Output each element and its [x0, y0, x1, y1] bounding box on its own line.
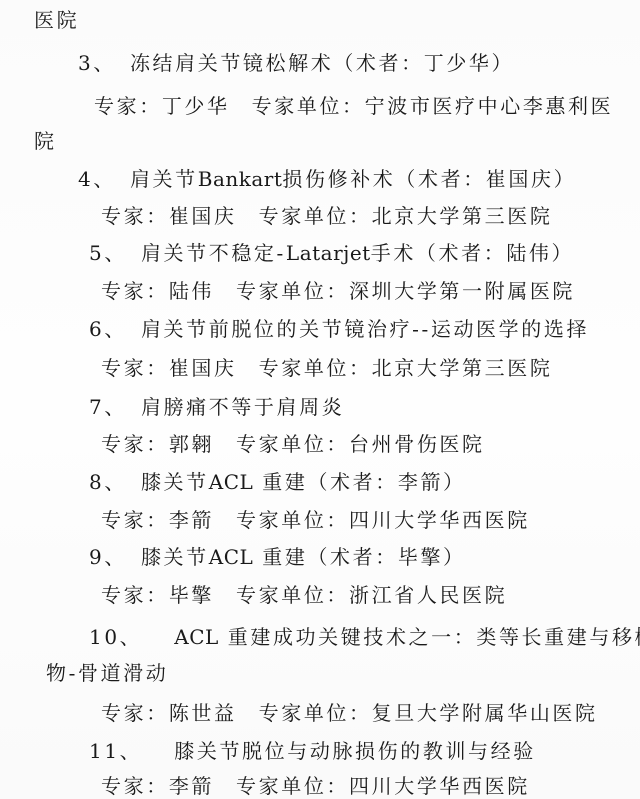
expert-line: 专家：崔国庆专家单位：北京大学第三医院: [101, 203, 552, 229]
expert-unit: 宁波市医疗中心李惠利医: [365, 94, 614, 118]
item-title-prefix: 肩关节不稳定-: [141, 241, 286, 265]
expert-unit: 四川大学华西医院: [349, 508, 530, 532]
item-title-suffix: 重建（术者：毕擎）: [262, 545, 465, 569]
expert-label: 专家：: [101, 508, 169, 532]
list-item-title: 5、肩关节不稳定-Latarjet手术（术者：陆伟）: [89, 240, 574, 266]
expert-label: 专家：: [101, 356, 169, 380]
expert-name: 崔国庆: [169, 356, 237, 380]
expert-name: 丁少华: [162, 94, 230, 118]
expert-unit: 四川大学华西医院: [349, 774, 530, 798]
unit-label: 专家单位：: [259, 701, 372, 725]
expert-line: 专家：郭翱专家单位：台州骨伤医院: [101, 431, 485, 457]
unit-label: 专家单位：: [236, 583, 349, 607]
expert-line: 专家：毕擎专家单位：浙江省人民医院: [101, 582, 507, 608]
document-page: 医院 3、冻结肩关节镜松解术（术者：丁少华） 专家：丁少华专家单位：宁波市医疗中…: [0, 0, 640, 799]
item-title-latin: ACL: [209, 470, 254, 494]
unit-label: 专家单位：: [236, 432, 349, 456]
expert-line: 专家：崔国庆专家单位：北京大学第三医院: [101, 355, 552, 381]
item-title-suffix: 重建（术者：李箭）: [262, 470, 465, 494]
unit-label: 专家单位：: [259, 356, 372, 380]
unit-label: 专家单位：: [252, 94, 365, 118]
item-title-latin: ACL: [174, 625, 219, 649]
expert-unit-wrap: 院: [34, 129, 57, 153]
item-number: 4、: [78, 166, 116, 192]
expert-unit: 浙江省人民医院: [349, 583, 507, 607]
list-item-title: 8、膝关节ACL 重建（术者：李箭）: [89, 469, 466, 495]
expert-label: 专家：: [101, 279, 169, 303]
expert-name: 郭翱: [169, 432, 214, 456]
expert-name: 崔国庆: [169, 204, 237, 228]
item-title-prefix: 肩关节: [130, 167, 198, 191]
expert-label: 专家：: [101, 774, 169, 798]
item-number: 5、: [89, 240, 127, 266]
expert-name: 李箭: [169, 774, 214, 798]
expert-line: 专家：丁少华专家单位：宁波市医疗中心李惠利医: [94, 93, 613, 119]
item-title: 肩关节前脱位的关节镜治疗--运动医学的选择: [141, 317, 589, 341]
list-item-title: 11、膝关节脱位与动脉损伤的教训与经验: [89, 738, 536, 764]
expert-label: 专家：: [101, 583, 169, 607]
list-item-title: 7、肩膀痛不等于肩周炎: [89, 394, 344, 420]
item-title: 膝关节脱位与动脉损伤的教训与经验: [174, 739, 536, 763]
continuation-text: 医院: [34, 7, 79, 33]
item-number: 9、: [89, 544, 127, 570]
list-item-title: 3、冻结肩关节镜松解术（术者：丁少华）: [78, 50, 514, 76]
expert-name: 陆伟: [169, 279, 214, 303]
item-number: 7、: [89, 394, 127, 420]
item-number: 8、: [89, 469, 127, 495]
item-number: 3、: [78, 50, 116, 76]
expert-unit: 深圳大学第一附属医院: [349, 279, 575, 303]
expert-line: 专家：李箭专家单位：四川大学华西医院: [101, 507, 530, 533]
item-number: 6、: [89, 316, 127, 342]
expert-line: 专家：陈世益专家单位：复旦大学附属华山医院: [101, 700, 598, 726]
expert-label: 专家：: [101, 432, 169, 456]
expert-unit: 复旦大学附属华山医院: [372, 701, 598, 725]
expert-line: 专家：陆伟专家单位：深圳大学第一附属医院: [101, 278, 575, 304]
list-item-title: 6、肩关节前脱位的关节镜治疗--运动医学的选择: [89, 316, 589, 342]
item-title: 重建成功关键技术之一：类等长重建与移植: [228, 625, 640, 649]
expert-label: 专家：: [94, 94, 162, 118]
continuation-hospital: 医院: [34, 8, 79, 32]
item-number: 11、: [89, 738, 142, 764]
list-item-title: 9、膝关节ACL 重建（术者：毕擎）: [89, 544, 466, 570]
list-item-title: 4、肩关节Bankart损伤修补术（术者：崔国庆）: [78, 166, 576, 192]
expert-name: 陈世益: [169, 701, 237, 725]
item-title-latin: Bankart: [198, 167, 283, 191]
unit-label: 专家单位：: [236, 279, 349, 303]
item-number: 10、: [89, 624, 142, 650]
list-item-title-continuation: 物-骨道滑动: [46, 660, 168, 686]
item-title-wrap: 物-骨道滑动: [46, 661, 168, 685]
item-title-latin: Latarjet: [286, 241, 371, 265]
list-item-title: 10、ACL 重建成功关键技术之一：类等长重建与移植: [89, 624, 640, 650]
item-title-prefix: 膝关节: [141, 470, 209, 494]
item-title-prefix: 膝关节: [141, 545, 209, 569]
expert-name: 毕擎: [169, 583, 214, 607]
unit-label: 专家单位：: [259, 204, 372, 228]
unit-label: 专家单位：: [236, 774, 349, 798]
item-title-suffix: 损伤修补术（术者：崔国庆）: [282, 167, 576, 191]
item-title: 肩膀痛不等于肩周炎: [141, 395, 344, 419]
expert-unit-continuation: 院: [34, 128, 57, 154]
expert-name: 李箭: [169, 508, 214, 532]
expert-label: 专家：: [101, 204, 169, 228]
expert-unit: 北京大学第三医院: [372, 204, 553, 228]
unit-label: 专家单位：: [236, 508, 349, 532]
expert-unit: 台州骨伤医院: [349, 432, 485, 456]
expert-label: 专家：: [101, 701, 169, 725]
item-title-latin: ACL: [209, 545, 254, 569]
item-title: 冻结肩关节镜松解术（术者：丁少华）: [130, 51, 514, 75]
expert-unit: 北京大学第三医院: [372, 356, 553, 380]
item-title-suffix: 手术（术者：陆伟）: [371, 241, 574, 265]
expert-line: 专家：李箭专家单位：四川大学华西医院: [101, 773, 530, 799]
